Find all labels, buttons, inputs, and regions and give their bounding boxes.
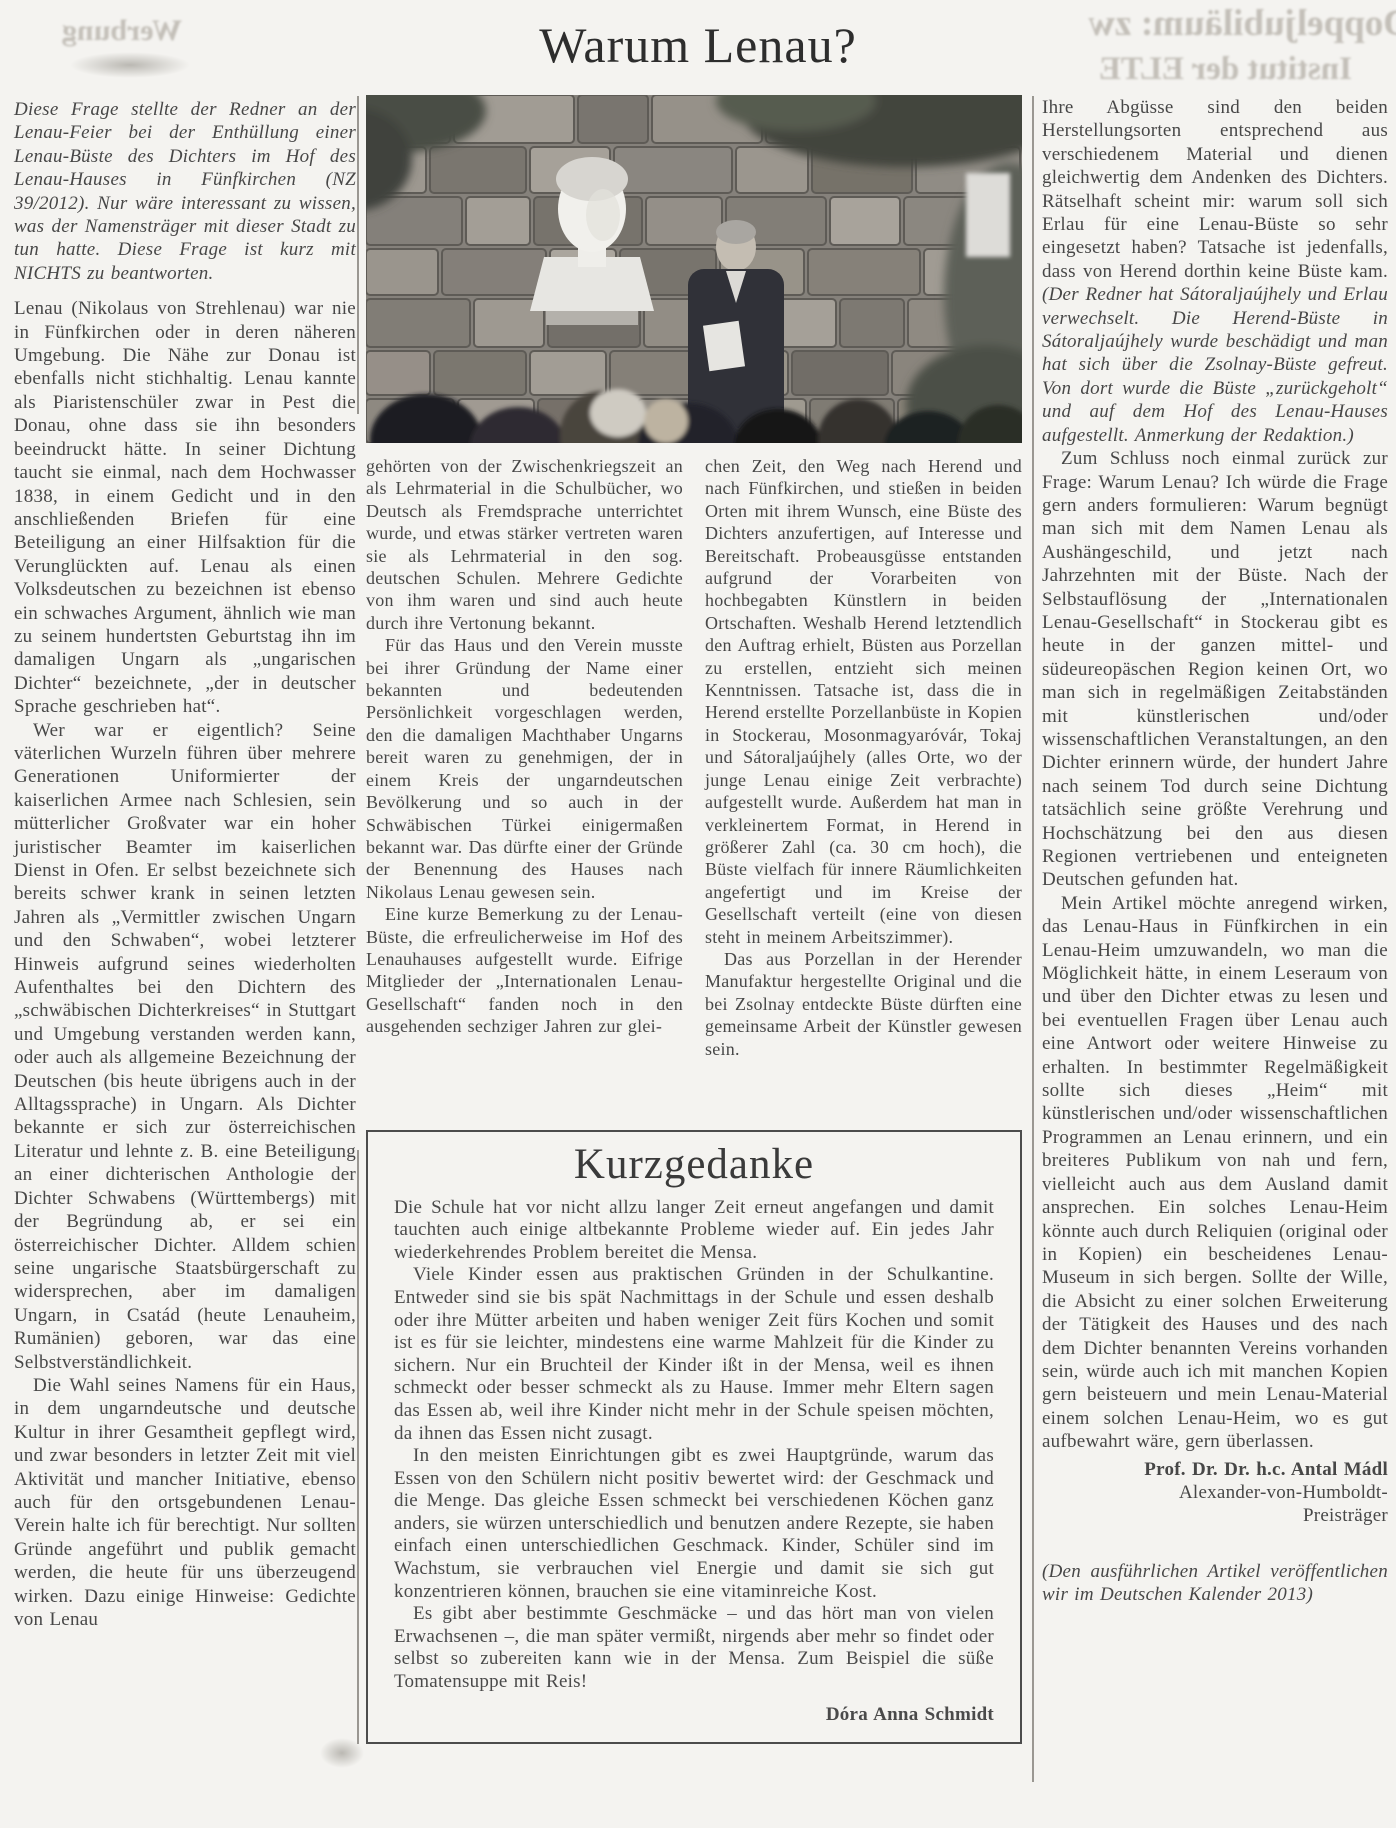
article-paragraph: gehörten von der Zwischenkriegszeit an a… [366, 455, 683, 634]
article-photo [366, 95, 1022, 443]
article-paragraph: Wer war er eigentlich? Seine väterlichen… [14, 719, 356, 1374]
article-column-3: chen Zeit, den Weg nach Herend und nach … [705, 455, 1022, 1060]
kurzgedanke-paragraph: In den meisten Einrichtungen gibt es zwe… [394, 1445, 994, 1603]
article-paragraph: Das aus Porzellan in der Herender Manufa… [705, 948, 1022, 1060]
article-middle-block: gehörten von der Zwischenkriegszeit an a… [366, 95, 1022, 1744]
article-column-2: gehörten von der Zwischenkriegszeit an a… [366, 455, 683, 1060]
article-paragraph: Eine kurze Bemerkung zu der Lenau-Büste,… [366, 903, 683, 1037]
article-column-4: Ihre Abgüsse sind den beiden Herstellung… [1042, 96, 1388, 1607]
bust-unveiling-photo [366, 95, 1022, 443]
kurzgedanke-paragraph: Die Schule hat vor nicht allzu langer Ze… [394, 1197, 994, 1265]
column-rule [357, 1150, 359, 1744]
article-paragraph: chen Zeit, den Weg nach Herend und nach … [705, 455, 1022, 948]
kurzgedanke-paragraph: Viele Kinder essen aus praktischen Gründ… [394, 1264, 994, 1445]
author-signature: Prof. Dr. Dr. h.c. Antal Mádl [1042, 1458, 1388, 1481]
author-title-line1: Alexander-von-Humboldt- [1042, 1481, 1388, 1504]
article-headline: Warum Lenau? [0, 16, 1396, 74]
article-paragraph: Zum Schluss noch einmal zurück zur Frage… [1042, 447, 1388, 892]
author-title-line2: Preisträger [1042, 1504, 1388, 1527]
article-paragraph: Die Wahl seines Namens für ein Haus, in … [14, 1374, 356, 1631]
article-middle-columns: gehörten von der Zwischenkriegszeit an a… [366, 455, 1022, 1060]
bright-gap [966, 173, 1010, 257]
article-paragraph: Lenau (Nikolaus von Strehlenau) war nie … [14, 297, 356, 718]
editors-note: (Den ausführlichen Artikel veröffentlich… [1042, 1560, 1388, 1607]
article-paragraph: Für das Haus und den Verein musste bei i… [366, 634, 683, 903]
article-lede: Diese Frage stellte der Redner an der Le… [14, 98, 356, 285]
kurzgedanke-paragraph: Es gibt aber bestimmte Geschmäcke – und … [394, 1603, 994, 1693]
kurzgedanke-box: Kurzgedanke Die Schule hat vor nicht all… [366, 1130, 1022, 1744]
kurzgedanke-title: Kurzgedanke [394, 1154, 994, 1177]
editorial-aside: (Der Redner hat Sátoraljaújhely und Erla… [1042, 284, 1388, 445]
column-rule [357, 96, 359, 414]
newspaper-page: Werbung Doppeljubiläum: zw Institut der … [0, 0, 1396, 1828]
article-column-1: Diese Frage stellte der Redner an der Le… [14, 98, 356, 1631]
paragraph-text: Ihre Abgüsse sind den beiden Herstellung… [1042, 97, 1388, 282]
article-paragraph: Mein Artikel möchte anregend wirken, das… [1042, 892, 1388, 1454]
article-paragraph: Ihre Abgüsse sind den beiden Herstellung… [1042, 96, 1388, 447]
kurzgedanke-signature: Dóra Anna Schmidt [394, 1704, 994, 1727]
column-rule [1032, 96, 1034, 1782]
